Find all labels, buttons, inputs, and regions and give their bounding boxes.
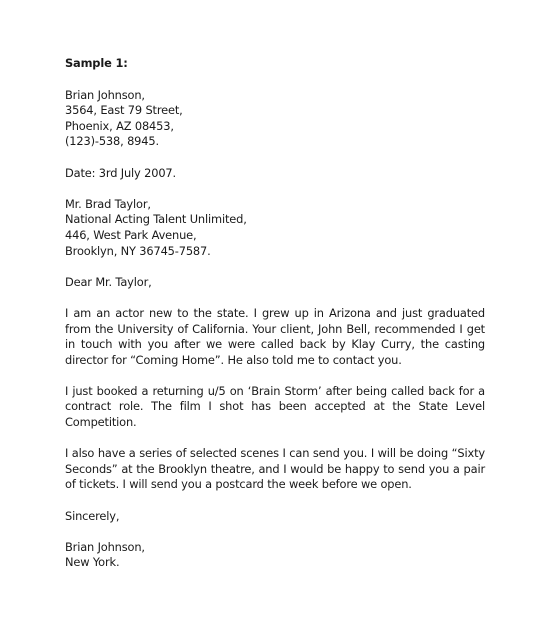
sender-address: Brian Johnson, 3564, East 79 Street, Pho… [65, 88, 485, 150]
sender-city: Phoenix, AZ 08453, [65, 119, 485, 135]
signature-name: Brian Johnson, [65, 540, 485, 556]
recipient-street: 446, West Park Avenue, [65, 228, 485, 244]
recipient-address: Mr. Brad Taylor, National Acting Talent … [65, 197, 485, 259]
recipient-city: Brooklyn, NY 36745-7587. [65, 244, 485, 260]
sender-phone: (123)-538, 8945. [65, 134, 485, 150]
sender-street: 3564, East 79 Street, [65, 103, 485, 119]
recipient-name: Mr. Brad Taylor, [65, 197, 485, 213]
recipient-company: National Acting Talent Unlimited, [65, 212, 485, 228]
body-paragraph-3: I also have a series of selected scenes … [65, 446, 485, 493]
sample-heading: Sample 1: [65, 56, 485, 72]
letter-document: Sample 1: Brian Johnson, 3564, East 79 S… [65, 56, 485, 587]
sender-name: Brian Johnson, [65, 88, 485, 104]
body-paragraph-1: I am an actor new to the state. I grew u… [65, 306, 485, 368]
signature: Brian Johnson, New York. [65, 540, 485, 571]
closing: Sincerely, [65, 509, 485, 525]
signature-location: New York. [65, 555, 485, 571]
letter-date: Date: 3rd July 2007. [65, 166, 485, 182]
body-paragraph-2: I just booked a returning u/5 on ‘Brain … [65, 384, 485, 431]
salutation: Dear Mr. Taylor, [65, 275, 485, 291]
